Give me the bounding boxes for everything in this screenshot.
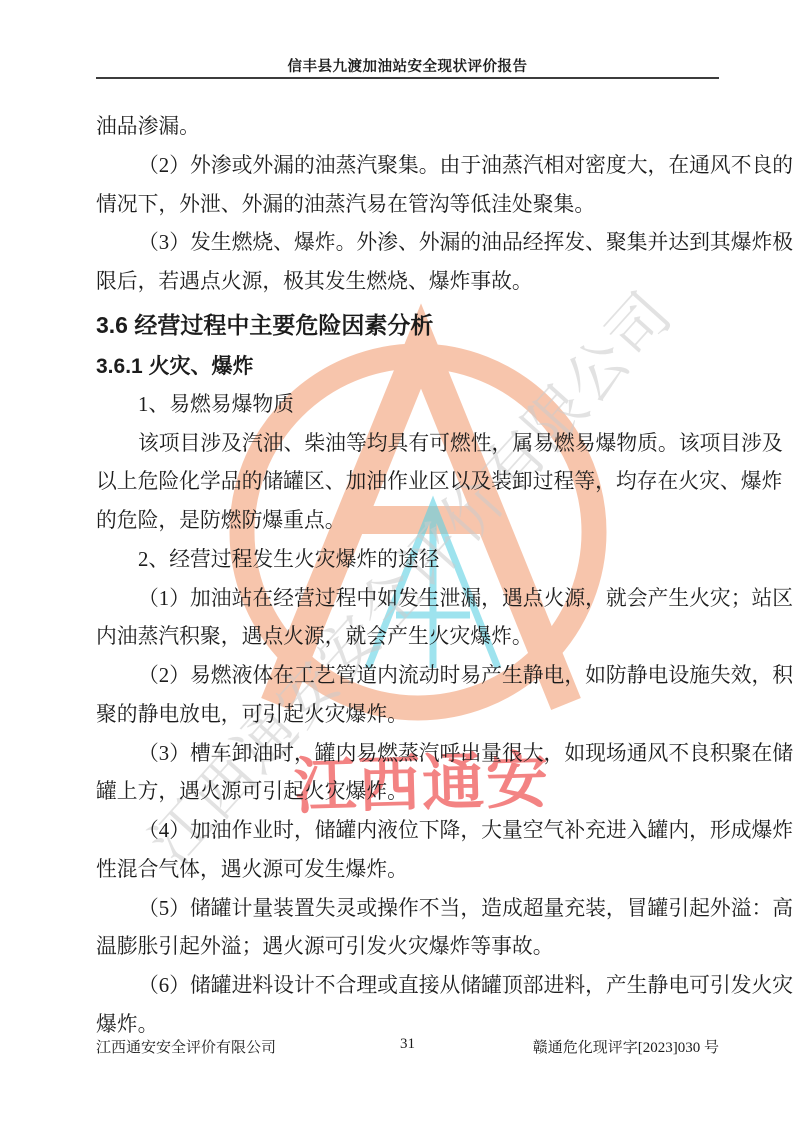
text-line: （6）储罐进料设计不合理或直接从储罐顶部进料，产生静电可引发火灾 — [96, 967, 719, 1006]
header-divider — [96, 77, 719, 79]
footer-company: 江西通安安全评价有限公司 — [96, 1036, 276, 1057]
text-line: 限后，若遇点火源，极其发生燃烧、爆炸事故。 — [96, 263, 719, 302]
text-line: （2）外渗或外漏的油蒸汽聚集。由于油蒸汽相对密度大，在通风不良的 — [96, 147, 719, 186]
subsection-heading: 3.6.1 火灾、爆炸 — [96, 346, 719, 386]
text-line: 情况下，外泄、外漏的油蒸汽易在管沟等低洼处聚集。 — [96, 186, 719, 225]
document-body: 油品渗漏。 （2）外渗或外漏的油蒸汽聚集。由于油蒸汽相对密度大，在通风不良的 情… — [96, 108, 719, 1045]
text-line: 2、经营过程发生火灾爆炸的途径 — [96, 541, 719, 580]
section-heading: 3.6 经营过程中主要危险因素分析 — [96, 302, 719, 346]
text-line: 油品渗漏。 — [96, 108, 719, 147]
text-line: 性混合气体，遇火源可发生爆炸。 — [96, 851, 719, 890]
text-line: 1、易燃易爆物质 — [96, 386, 719, 425]
text-line: 罐上方，遇火源可引起火灾爆炸。 — [96, 773, 719, 812]
text-line: 以上危险化学品的储罐区、加油作业区以及装卸过程等，均存在火灾、爆炸 — [96, 463, 719, 502]
text-line: （2）易燃液体在工艺管道内流动时易产生静电，如防静电设施失效，积 — [96, 657, 719, 696]
text-line: 的危险，是防燃防爆重点。 — [96, 502, 719, 541]
text-line: 内油蒸汽积聚，遇点火源，就会产生火灾爆炸。 — [96, 618, 719, 657]
document-page: 江西通安安全评价有限公司 江西通安 信丰县九渡加油站安全现状评价报告 油品渗漏。… — [0, 0, 800, 1131]
text-line: 聚的静电放电，可引起火灾爆炸。 — [96, 696, 719, 735]
page-header-title: 信丰县九渡加油站安全现状评价报告 — [96, 55, 719, 76]
footer-doc-number: 赣通危化现评字[2023]030 号 — [533, 1036, 719, 1057]
text-line: （5）储罐计量装置失灵或操作不当，造成超量充装，冒罐引起外溢：高 — [96, 890, 719, 929]
text-line: （1）加油站在经营过程中如发生泄漏，遇点火源，就会产生火灾；站区 — [96, 580, 719, 619]
text-line: 该项目涉及汽油、柴油等均具有可燃性，属易燃易爆物质。该项目涉及 — [96, 425, 719, 464]
text-line: （3）槽车卸油时，罐内易燃蒸汽呼出量很大，如现场通风不良积聚在储 — [96, 735, 719, 774]
text-line: （3）发生燃烧、爆炸。外渗、外漏的油品经挥发、聚集并达到其爆炸极 — [96, 224, 719, 263]
page-footer: 31 江西通安安全评价有限公司 赣通危化现评字[2023]030 号 — [96, 1036, 719, 1057]
text-line: （4）加油作业时，储罐内液位下降，大量空气补充进入罐内，形成爆炸 — [96, 812, 719, 851]
text-line: 温膨胀引起外溢；遇火源可引发火灾爆炸等事故。 — [96, 928, 719, 967]
